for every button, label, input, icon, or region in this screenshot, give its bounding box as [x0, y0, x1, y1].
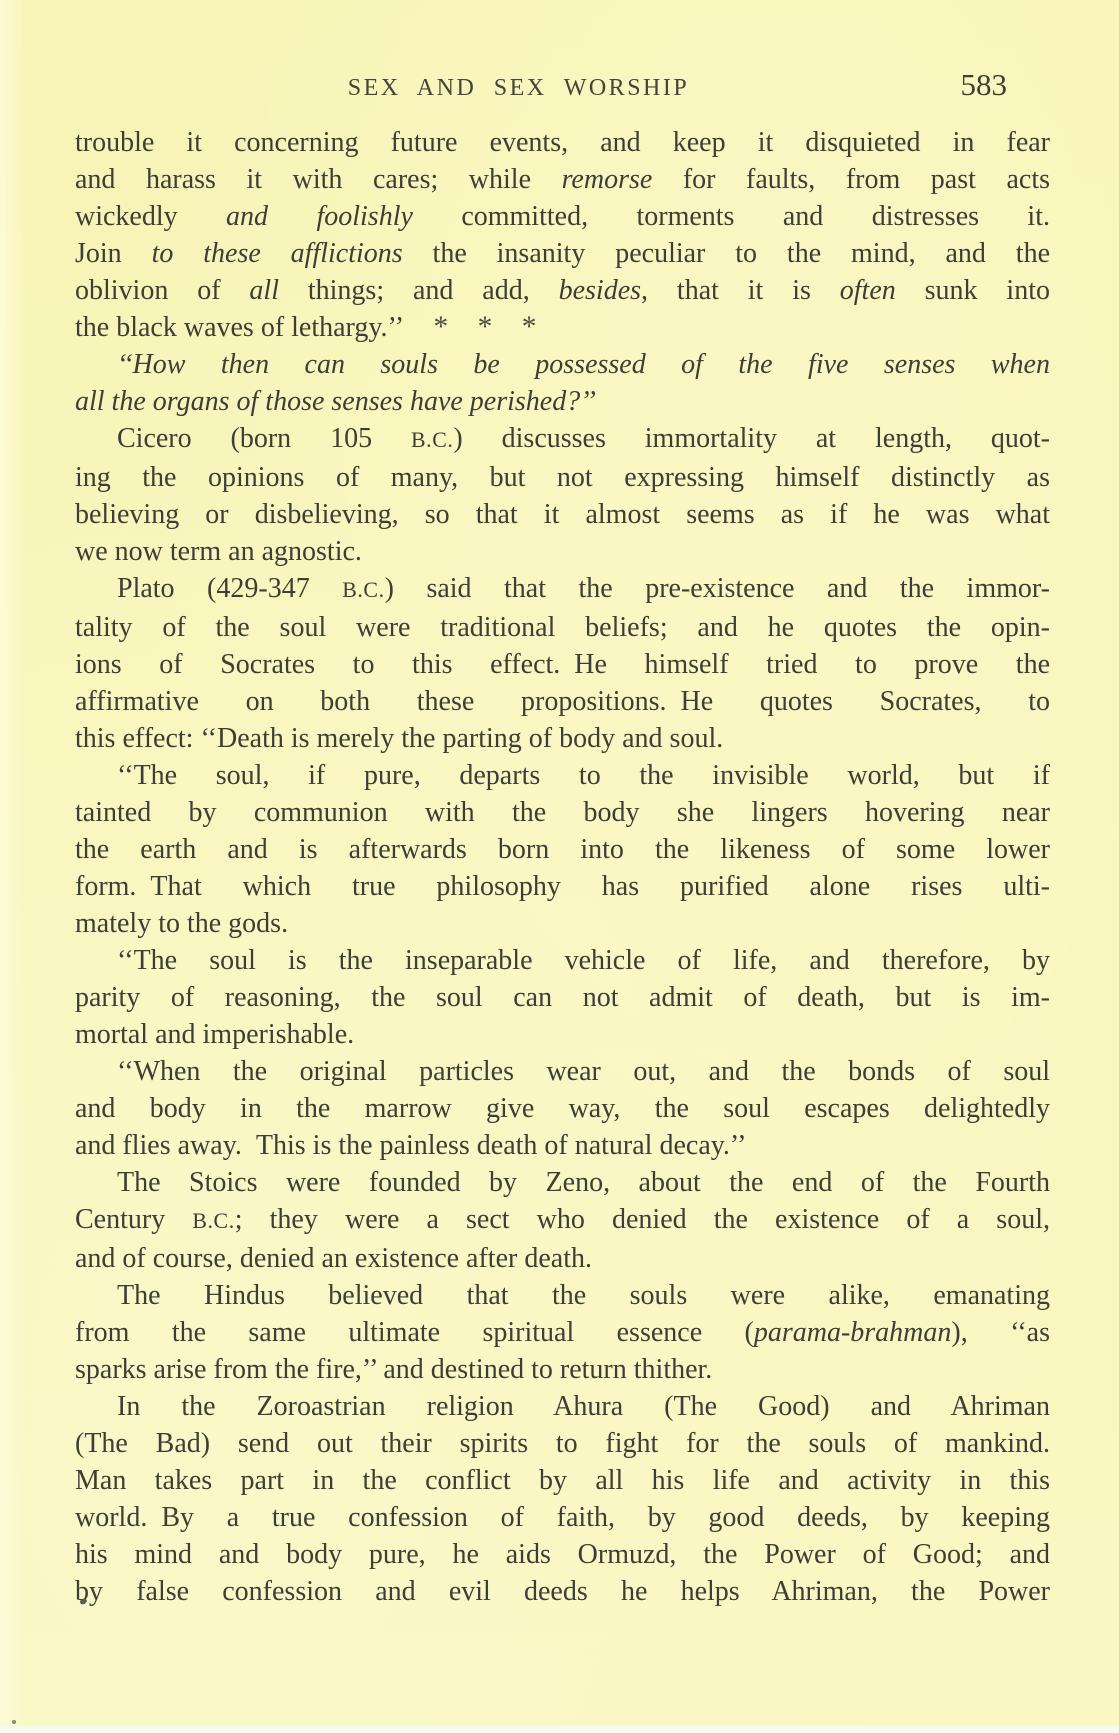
text-run: his mind and body pure, he aids Ormuzd, …	[75, 1539, 1050, 1570]
text-line: and body in the marrow give way, the sou…	[75, 1090, 1050, 1127]
text-run: and of course, denied an existence after…	[75, 1243, 592, 1274]
text-run: ‘‘The soul is the inseparable vehicle of…	[117, 945, 1050, 976]
paragraph: Plato (429-347 B.C.) said that the pre-e…	[75, 570, 1050, 757]
text-line: mately to the gods.	[75, 905, 1050, 942]
text-line: ing the opinions of many, but not expres…	[75, 459, 1050, 496]
paragraph: Cicero (born 105 B.C.) discusses immorta…	[75, 420, 1050, 570]
text-run: besides	[559, 275, 641, 306]
text-line: wickedly and foolishly committed, tormen…	[75, 198, 1050, 235]
text-run: ‘‘The soul, if pure, departs to the invi…	[117, 760, 1050, 791]
text-run: we now term an agnostic.	[75, 536, 362, 567]
running-header-title: SEX AND SEX WORSHIP	[31, 75, 1006, 102]
paragraph: The Stoics were founded by Zeno, about t…	[75, 1164, 1050, 1277]
text-run: the black waves of lethargy.’’	[75, 312, 404, 343]
text-run: often	[840, 275, 896, 306]
text-run: affirmative on both these propositions. …	[75, 686, 1050, 717]
text-run: (The Bad) send out their spirits to figh…	[75, 1428, 1050, 1459]
text-line: ‘‘The soul is the inseparable vehicle of…	[75, 942, 1050, 979]
text-run: all the organs of those senses have peri…	[75, 386, 596, 417]
text-line: all the organs of those senses have peri…	[75, 383, 1050, 420]
text-line: his mind and body pure, he aids Ormuzd, …	[75, 1536, 1050, 1573]
text-run: sunk into	[896, 275, 1050, 306]
text-run: In the Zoroastrian religion Ahura (The G…	[117, 1391, 1050, 1422]
text-line: The Hindus believed that the souls were …	[75, 1277, 1050, 1314]
text-run: Plato (429-347	[117, 573, 342, 604]
text-line: ‘‘The soul, if pure, departs to the invi…	[75, 757, 1050, 794]
text-run: the earth and is afterwards born into th…	[75, 834, 1050, 865]
page-bottom-edge	[0, 1724, 1119, 1733]
text-line: ‘‘How then can souls be possessed of the…	[75, 346, 1050, 383]
text-run: ; they were a sect who denied the existe…	[235, 1204, 1050, 1235]
text-run: mortal and imperishable.	[75, 1019, 354, 1050]
text-run: remorse	[562, 164, 653, 195]
text-line: world. By a true confession of faith, by…	[75, 1499, 1050, 1536]
text-line: ions of Socrates to this effect. He hims…	[75, 646, 1050, 683]
text-run: B.C.	[342, 578, 384, 602]
text-run: ‘‘When the original particles wear out, …	[117, 1056, 1050, 1087]
text-run: The Stoics were founded by Zeno, about t…	[117, 1167, 1050, 1198]
text-run: form. That which true philosophy has pur…	[75, 871, 1050, 902]
text-run: tainted by communion with the body she l…	[75, 797, 1050, 828]
text-line: and harass it with cares; while remorse …	[75, 161, 1050, 198]
asterism: * * *	[404, 311, 536, 343]
text-line: and of course, denied an existence after…	[75, 1240, 1050, 1277]
text-run: ) discusses immortality at length, quot-	[453, 423, 1050, 454]
text-run: ions of Socrates to this effect. He hims…	[75, 649, 1050, 680]
text-run: ) said that the pre-existence and the im…	[385, 573, 1050, 604]
paragraph: The Hindus believed that the souls were …	[75, 1277, 1050, 1388]
text-run: and harass it with cares; while	[75, 164, 562, 195]
paragraph: ‘‘When the original particles wear out, …	[75, 1053, 1050, 1164]
text-line: Join to these afflictions the insanity p…	[75, 235, 1050, 272]
text-line: affirmative on both these propositions. …	[75, 683, 1050, 720]
text-run: and body in the marrow give way, the sou…	[75, 1093, 1050, 1124]
page-left-edge	[0, 0, 26, 1733]
paragraph: ‘‘The soul is the inseparable vehicle of…	[75, 942, 1050, 1053]
paragraph: trouble it concerning future events, and…	[75, 124, 1050, 346]
text-line: this effect: ‘‘Death is merely the parti…	[75, 720, 1050, 757]
text-line: parity of reasoning, the soul can not ad…	[75, 979, 1050, 1016]
paragraph: ‘‘How then can souls be possessed of the…	[75, 346, 1050, 420]
text-run: from the same ultimate spiritual essence…	[75, 1317, 754, 1348]
text-run: Century	[75, 1204, 192, 1235]
text-line: sparks arise from the fire,’’ and destin…	[75, 1351, 1050, 1388]
text-run: B.C.	[192, 1209, 234, 1233]
text-run: committed, torments and distresses it.	[413, 201, 1050, 232]
text-line: In the Zoroastrian religion Ahura (The G…	[75, 1388, 1050, 1425]
text-line: and flies away. This is the painless dea…	[75, 1127, 1050, 1164]
text-run: Cicero (born 105	[117, 423, 411, 454]
text-line: we now term an agnostic.	[75, 533, 1050, 570]
text-line: form. That which true philosophy has pur…	[75, 868, 1050, 905]
text-run: tality of the soul were traditional beli…	[75, 612, 1050, 643]
text-run: parama-brahman	[754, 1317, 952, 1348]
text-run: The Hindus believed that the souls were …	[117, 1280, 1050, 1311]
text-line: believing or disbelieving, so that it al…	[75, 496, 1050, 533]
text-run: B.C.	[411, 428, 453, 452]
text-run: world. By a true confession of faith, by…	[75, 1502, 1050, 1533]
text-line: the earth and is afterwards born into th…	[75, 831, 1050, 868]
text-run: and foolishly	[226, 201, 413, 232]
text-line: from the same ultimate spiritual essence…	[75, 1314, 1050, 1351]
text-line: tality of the soul were traditional beli…	[75, 609, 1050, 646]
page-body: trouble it concerning future events, and…	[75, 124, 1050, 1610]
text-line: Century B.C.; they were a sect who denie…	[75, 1201, 1050, 1240]
text-run: to these afflictions	[152, 238, 403, 269]
text-run: sparks arise from the fire,’’ and destin…	[75, 1354, 712, 1385]
text-line: trouble it concerning future events, and…	[75, 124, 1050, 161]
text-run: the insanity peculiar to the mind, and t…	[403, 238, 1050, 269]
text-run: ing the opinions of many, but not expres…	[75, 462, 1050, 493]
text-run: all	[249, 275, 279, 306]
ink-speck	[12, 1720, 16, 1724]
text-run: believing or disbelieving, so that it al…	[75, 499, 1050, 530]
text-run: for faults, from past acts	[652, 164, 1050, 195]
text-line: Man takes part in the conflict by all hi…	[75, 1462, 1050, 1499]
text-run: , that it is	[641, 275, 840, 306]
text-line: ‘‘When the original particles wear out, …	[75, 1053, 1050, 1090]
text-run: Join	[75, 238, 152, 269]
text-run: mately to the gods.	[75, 908, 288, 939]
text-line: by false confession and evil deeds he he…	[75, 1573, 1050, 1610]
text-line: mortal and imperishable.	[75, 1016, 1050, 1053]
text-run: ), ‘‘as	[951, 1317, 1050, 1348]
text-run: things; and add,	[279, 275, 559, 306]
text-run: this effect: ‘‘Death is merely the parti…	[75, 723, 723, 754]
text-run: oblivion of	[75, 275, 249, 306]
text-line: tainted by communion with the body she l…	[75, 794, 1050, 831]
paragraph: In the Zoroastrian religion Ahura (The G…	[75, 1388, 1050, 1610]
text-line: (The Bad) send out their spirits to figh…	[75, 1425, 1050, 1462]
paragraph: ‘‘The soul, if pure, departs to the invi…	[75, 757, 1050, 942]
page-number: 583	[961, 67, 1008, 103]
text-run: ‘‘How then can souls be possessed of the…	[117, 349, 1050, 380]
text-run: Man takes part in the conflict by all hi…	[75, 1465, 1050, 1496]
text-run: parity of reasoning, the soul can not ad…	[75, 982, 1050, 1013]
text-line: Cicero (born 105 B.C.) discusses immorta…	[75, 420, 1050, 459]
text-line: oblivion of all things; and add, besides…	[75, 272, 1050, 309]
book-page: SEX AND SEX WORSHIP 583 trouble it conce…	[0, 0, 1119, 1733]
text-run: trouble it concerning future events, and…	[75, 127, 1050, 158]
text-line: The Stoics were founded by Zeno, about t…	[75, 1164, 1050, 1201]
text-run: and flies away. This is the painless dea…	[75, 1130, 747, 1161]
text-line: Plato (429-347 B.C.) said that the pre-e…	[75, 570, 1050, 609]
text-run: wickedly	[75, 201, 226, 232]
text-run: by false confession and evil deeds he he…	[75, 1576, 1050, 1607]
text-line: the black waves of lethargy.’’ * * *	[75, 309, 1050, 346]
page-header: SEX AND SEX WORSHIP 583	[75, 70, 1050, 112]
